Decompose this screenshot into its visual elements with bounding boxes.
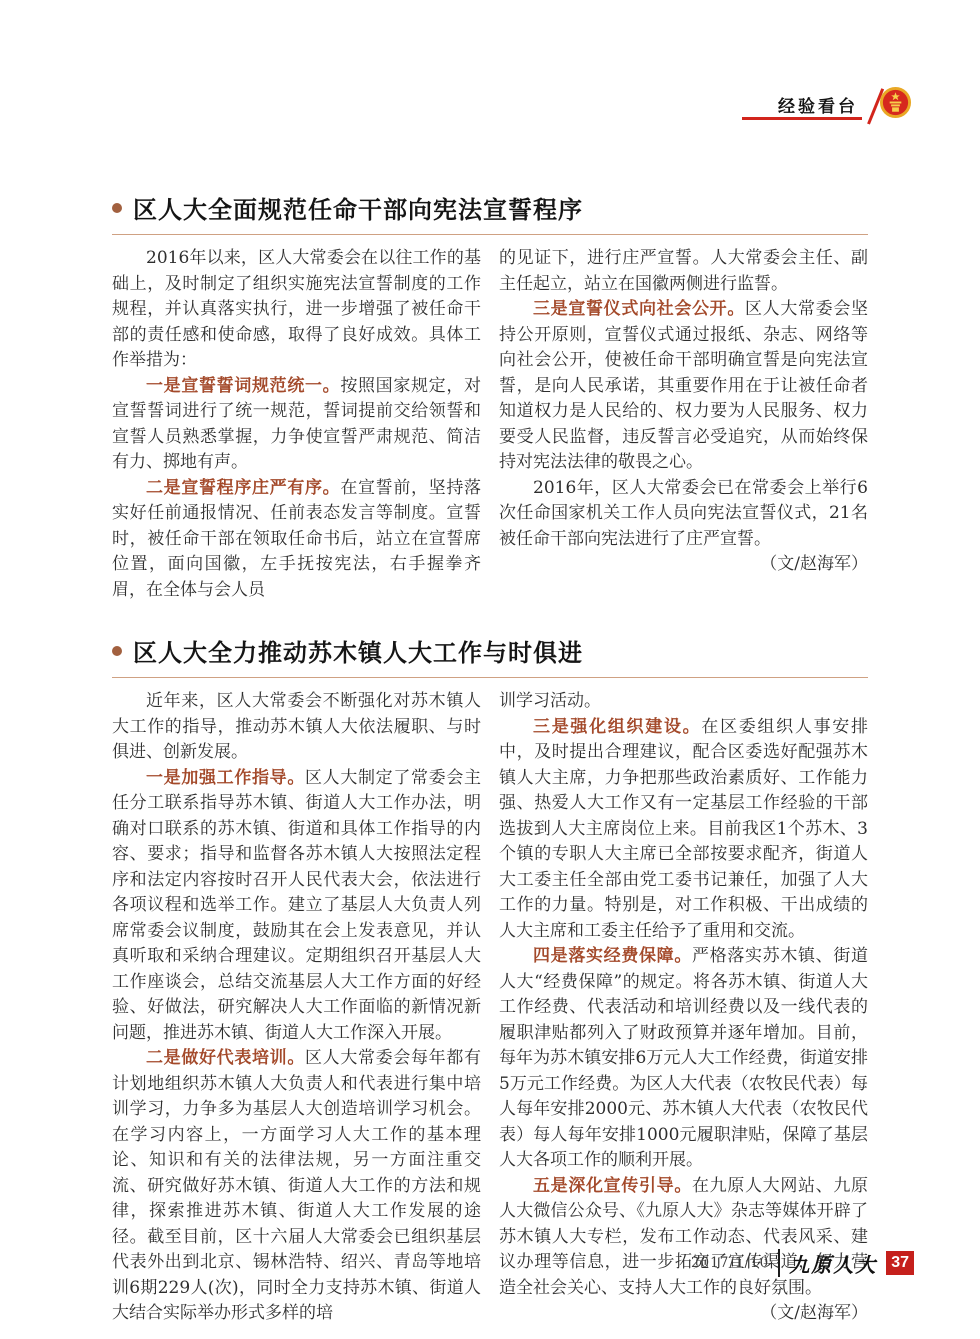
paragraph-lead: 一是加强工作指导。 <box>146 768 305 788</box>
paragraph: 一是加强工作指导。区人大制定了常委会主任分工联系指导苏木镇、街道人大工作办法，明… <box>112 766 481 1047</box>
article-2-title-row: 区人大全力推动苏木镇人大工作与时俱进 <box>112 633 868 678</box>
article-1-title: 区人大全面规范任命干部向宪法宣誓程序 <box>133 190 583 225</box>
national-emblem-icon <box>879 86 912 119</box>
article-1-right-column: 的见证下，进行庄严宣誓。人大常委会主任、副主任起立，站立在国徽两侧进行监誓。 三… <box>499 246 868 603</box>
paragraph-text: 区人大常委会坚持公开原则，宣誓仪式通过报纸、杂志、网络等向社会公开，使被任命干部… <box>499 299 868 472</box>
article-2-right-column: 训学习活动。 三是强化组织建设。在区委组织人事安排中，及时提出合理建议，配合区委… <box>499 689 868 1327</box>
publication-name: 九原人大 <box>789 1249 877 1278</box>
paragraph: 一是宣誓誓词规范统一。按照国家规定，对宣誓誓词进行了统一规范，誓词提前交给领誓和… <box>112 374 481 476</box>
paragraph-text: 近年来，区人大常委会不断强化对苏木镇人大工作的指导，推动苏木镇人大依法履职、与时… <box>112 691 481 762</box>
paragraph-lead: 四是落实经费保障。 <box>533 946 692 966</box>
article-2-left-column: 近年来，区人大常委会不断强化对苏木镇人大工作的指导，推动苏木镇人大依法履职、与时… <box>112 689 481 1327</box>
paragraph-text: 在区委组织人事安排中，及时提出合理建议，配合区委选好配强苏木镇人大主席，力争把那… <box>499 717 868 941</box>
paragraph: 四是落实经费保障。严格落实苏木镇、街道人大“经费保障”的规定。将各苏木镇、街道人… <box>499 944 868 1174</box>
paragraph-lead: 二是宣誓程序庄严有序。 <box>146 478 340 498</box>
paragraph-text: 2016年，区人大常委会已在常委会上举行6次任命国家机关工作人员向宪法宣誓仪式，… <box>499 478 868 549</box>
page-content: 区人大全面规范任命干部向宪法宣誓程序 2016年以来，区人大常委会在以往工作的基… <box>112 190 868 1327</box>
bullet-icon <box>112 203 122 213</box>
paragraph-lead: 一是宣誓誓词规范统一。 <box>146 376 340 396</box>
paragraph: 2016年以来，区人大常委会在以往工作的基础上，及时制定了组织实施宪法宣誓制度的… <box>112 246 481 374</box>
paragraph: 近年来，区人大常委会不断强化对苏木镇人大工作的指导，推动苏木镇人大依法履职、与时… <box>112 689 481 766</box>
article-1-body: 2016年以来，区人大常委会在以往工作的基础上，及时制定了组织实施宪法宣誓制度的… <box>112 246 868 603</box>
paragraph: 三是强化组织建设。在区委组织人事安排中，及时提出合理建议，配合区委选好配强苏木镇… <box>499 715 868 945</box>
paragraph-text: 严格落实苏木镇、街道人大“经费保障”的规定。将各苏木镇、街道人大工作经费、代表活… <box>499 946 868 1170</box>
paragraph-lead: 二是做好代表培训。 <box>146 1048 305 1068</box>
section-label: 经验看台 <box>778 92 858 117</box>
page-number-badge: 37 <box>886 1251 914 1275</box>
article-1-title-row: 区人大全面规范任命干部向宪法宣誓程序 <box>112 190 868 235</box>
paragraph-text: 区人大制定了常委会主任分工联系指导苏木镇、街道人大工作办法，明确对口联系的苏木镇… <box>112 768 481 1043</box>
footer-date: 2017/1/10 <box>691 1255 769 1271</box>
paragraph-lead: 三是宣誓仪式向社会公开。 <box>533 299 745 319</box>
article-1-left-column: 2016年以来，区人大常委会在以往工作的基础上，及时制定了组织实施宪法宣誓制度的… <box>112 246 481 603</box>
paragraph: 2016年，区人大常委会已在常委会上举行6次任命国家机关工作人员向宪法宣誓仪式，… <box>499 476 868 553</box>
article-1-author: （文/赵海军） <box>726 552 868 578</box>
header-rule-line <box>742 117 862 120</box>
paragraph: 的见证下，进行庄严宣誓。人大常委会主任、副主任起立，站立在国徽两侧进行监誓。 <box>499 246 868 297</box>
paragraph: 二是宣誓程序庄严有序。在宣誓前，坚持落实好任前通报情况、任前表态发言等制度。宣誓… <box>112 476 481 604</box>
paragraph: 二是做好代表培训。区人大常委会每年都有计划地组织苏木镇人大负责人和代表进行集中培… <box>112 1046 481 1327</box>
paragraph-lead: 三是强化组织建设。 <box>533 717 701 737</box>
paragraph-text: 区人大常委会每年都有计划地组织苏木镇人大负责人和代表进行集中培训学习，力争多为基… <box>112 1048 481 1323</box>
page-footer: 2017/1/10 九原人大 37 <box>691 1248 914 1278</box>
paragraph: 三是宣誓仪式向社会公开。区人大常委会坚持公开原则，宣誓仪式通过报纸、杂志、网络等… <box>499 297 868 476</box>
paragraph: 五是深化宣传引导。在九原人大网站、九原人大微信公众号、《九原人大》杂志等媒体开辟… <box>499 1174 868 1302</box>
article-1: 区人大全面规范任命干部向宪法宣誓程序 2016年以来，区人大常委会在以往工作的基… <box>112 190 868 603</box>
paragraph: 训学习活动。 <box>499 689 868 715</box>
paragraph-text: 训学习活动。 <box>499 691 601 711</box>
article-2: 区人大全力推动苏木镇人大工作与时俱进 近年来，区人大常委会不断强化对苏木镇人大工… <box>112 633 868 1327</box>
paragraph-text: 的见证下，进行庄严宣誓。人大常委会主任、副主任起立，站立在国徽两侧进行监誓。 <box>499 248 868 294</box>
section-header: 经验看台 <box>740 84 912 126</box>
article-2-author: （文/赵海军） <box>726 1301 868 1327</box>
article-2-body: 近年来，区人大常委会不断强化对苏木镇人大工作的指导，推动苏木镇人大依法履职、与时… <box>112 689 868 1327</box>
bullet-icon <box>112 646 122 656</box>
article-2-title: 区人大全力推动苏木镇人大工作与时俱进 <box>133 633 583 668</box>
footer-divider-line <box>778 1249 780 1277</box>
paragraph-text: 2016年以来，区人大常委会在以往工作的基础上，及时制定了组织实施宪法宣誓制度的… <box>112 248 481 370</box>
paragraph-lead: 五是深化宣传引导。 <box>533 1176 692 1196</box>
